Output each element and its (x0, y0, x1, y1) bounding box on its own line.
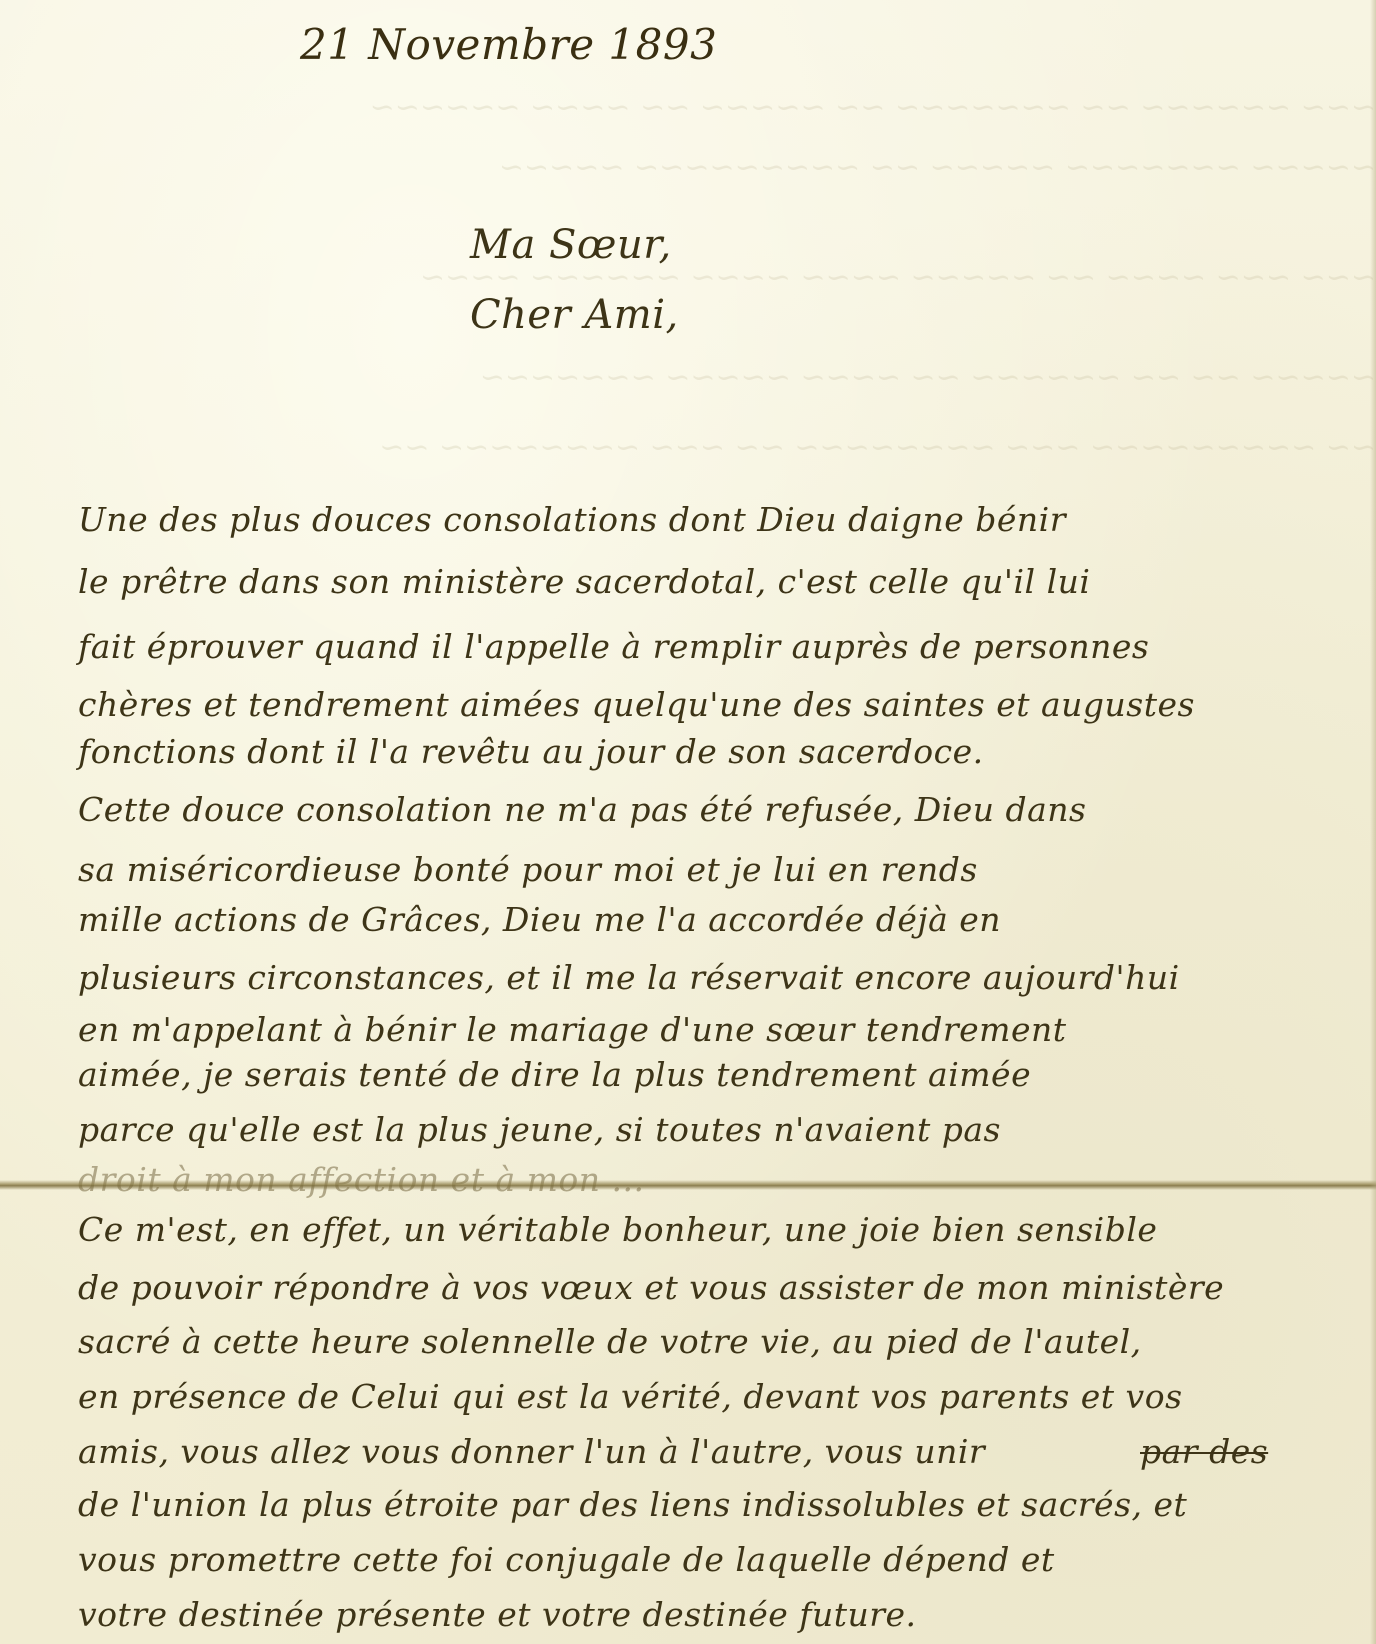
bleed-through-text: ~~~ ~~~ ~~~~ ~~ ~~~~~ ~~~~ ~~~~ ~~~~~~ ~… (0, 260, 1376, 295)
letter-page: ~~~ ~~~~~~ ~~ ~~~~~~~ ~~ ~~~~~ ~~ ~~~~ ~… (0, 0, 1376, 1644)
letter-line: plusieurs circonstances, et il me la rés… (78, 958, 1180, 997)
struck-out-text: par des (1140, 1432, 1268, 1471)
letter-line: votre destinée présente et votre destiné… (78, 1595, 917, 1634)
letter-line: en m'appelant à bénir le mariage d'une s… (78, 1010, 1067, 1049)
letter-line: de l'union la plus étroite par des liens… (78, 1485, 1187, 1524)
letter-line: Cette douce consolation ne m'a pas été r… (78, 790, 1086, 829)
letter-line: mille actions de Grâces, Dieu me l'a acc… (78, 900, 1001, 939)
letter-line: Ce m'est, en effet, un véritable bonheur… (78, 1210, 1157, 1249)
letter-line: fonctions dont il l'a revêtu au jour de … (78, 732, 984, 771)
letter-line: vous promettre cette foi conjugale de la… (78, 1540, 1055, 1579)
paper-edge (1370, 0, 1376, 1644)
bleed-through-text: ~~~~~ ~~ ~~ ~~~~~~ ~~ ~~~~ ~~~~~ ~~~~~~~ (0, 360, 1376, 395)
letter-line: aimée, je serais tenté de dire la plus t… (78, 1055, 1031, 1094)
letter-line: sa miséricordieuse bonté pour moi et je … (78, 850, 978, 889)
letter-line: parce qu'elle est la plus jeune, si tout… (78, 1110, 1001, 1149)
letter-line: amis, vous allez vous donner l'un à l'au… (78, 1432, 985, 1471)
letter-line: fait éprouver quand il l'appelle à rempl… (78, 627, 1149, 666)
fold-crease (0, 1180, 1376, 1190)
bleed-through-text: ~~~~~ ~~~~~~~ ~~~~~ ~~ ~~~~~~~~~ ~~~~~ (0, 150, 1376, 185)
salutation-line-1: Ma Sœur, (470, 222, 672, 268)
letter-line: chères et tendrement aimées quelqu'une d… (78, 685, 1195, 724)
letter-line: de pouvoir répondre à vos vœux et vous a… (78, 1268, 1224, 1307)
letter-date: 21 Novembre 1893 (300, 20, 717, 69)
bleed-through-text: ~~~ ~~~~~~ ~~ ~~~~~~~ ~~ ~~~~~ ~~ ~~~~ ~… (0, 90, 1376, 125)
salutation-line-2: Cher Ami, (470, 292, 679, 338)
letter-line: en présence de Celui qui est la vérité, … (78, 1377, 1183, 1416)
letter-line: sacré à cette heure solennelle de votre … (78, 1322, 1142, 1361)
bleed-through-text: ~~ ~~~~~~~~~ ~~~ ~~~~~~~~ ~~ ~~~ ~~~~~~~… (0, 430, 1376, 465)
letter-line: le prêtre dans son ministère sacerdotal,… (78, 562, 1090, 601)
letter-line: Une des plus douces consolations dont Di… (78, 500, 1066, 539)
